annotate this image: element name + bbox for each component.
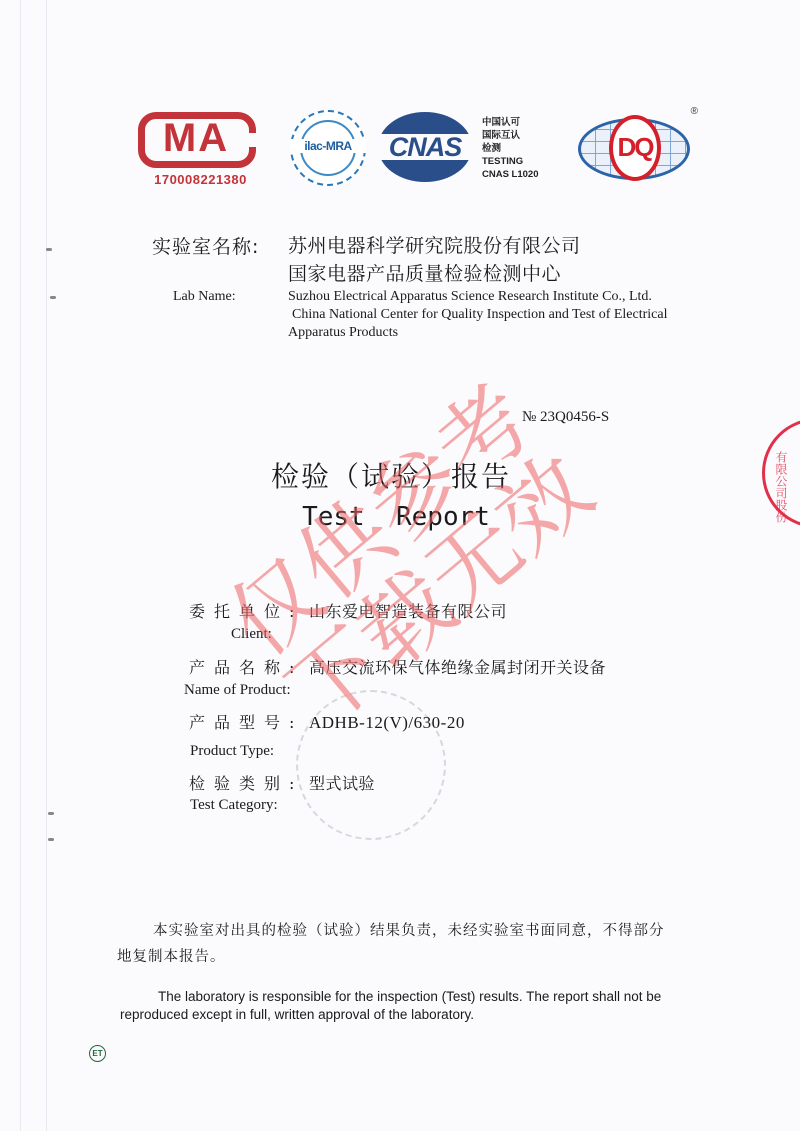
- scan-line: [46, 0, 47, 1131]
- product-name-row: 产品名称: 高压交流环保气体绝缘金属封闭开关设备: [189, 655, 606, 678]
- lab-name-en: Suzhou Electrical Apparatus Science Rese…: [288, 288, 667, 342]
- product-name-value: 高压交流环保气体绝缘金属封闭开关设备: [309, 658, 606, 677]
- ilac-mra-logo: ilac-MRA: [290, 110, 366, 186]
- cma-letters: MA: [146, 116, 246, 161]
- notice-cn: 本实验室对出具的检验（试验）结果负责，未经实验室书面同意，不得部分地复制本报告。: [117, 918, 677, 970]
- product-type-value: ADHB-12(V)/630-20: [309, 713, 465, 732]
- test-category-value: 型式试验: [309, 774, 375, 793]
- test-category-label-cn: 检验类别:: [189, 774, 303, 793]
- lab-name-en-line: China National Center for Quality Inspec…: [288, 306, 667, 324]
- cnas-info-line: CNAS L1020: [482, 168, 539, 181]
- report-title-cn: 检验（试验）报告: [0, 455, 800, 495]
- et-logo-icon: ET: [89, 1045, 106, 1062]
- cma-logo: MA 170008221380: [138, 112, 263, 192]
- client-label-cn: 委托单位:: [189, 602, 303, 621]
- lab-name-cn-line: 国家电器产品质量检验检测中心: [288, 260, 581, 288]
- cqc-glyph: DQ: [613, 132, 657, 163]
- product-name-label-cn: 产品名称:: [189, 658, 303, 677]
- client-value: 山东爱电智造装备有限公司: [309, 602, 507, 621]
- client-row: 委托单位: 山东爱电智造装备有限公司: [189, 599, 507, 622]
- punch-hole-mark: [46, 248, 52, 251]
- lab-name-cn-line: 苏州电器科学研究院股份有限公司: [288, 232, 581, 260]
- seal-text: 有限公司股份: [773, 451, 790, 523]
- report-number: № 23Q0456-S: [522, 409, 609, 426]
- report-title-en: Test Report: [0, 502, 800, 532]
- registered-mark-icon: ®: [691, 106, 698, 117]
- cnas-info-line: 国际互认: [482, 129, 539, 142]
- product-type-label-cn: 产品型号:: [189, 713, 303, 732]
- punch-hole-mark: [48, 838, 54, 841]
- cnas-text: CNAS: [378, 132, 472, 163]
- cnas-accreditation-info: 中国认可 国际互认 检测 TESTING CNAS L1020: [482, 116, 539, 181]
- lab-name-label-cn: 实验室名称:: [152, 232, 259, 259]
- lab-name-en-line: Apparatus Products: [288, 324, 667, 342]
- test-category-row: 检验类别: 型式试验: [189, 771, 375, 794]
- punch-hole-mark: [48, 812, 54, 815]
- cqc-emblem-icon: DQ: [609, 115, 661, 181]
- cqc-globe-logo: DQ ®: [578, 112, 698, 187]
- product-type-label-en: Product Type:: [190, 743, 274, 760]
- ilac-text: ilac-MRA: [290, 139, 366, 153]
- lab-name-label-en: Lab Name:: [173, 289, 236, 305]
- punch-hole-mark: [50, 296, 56, 299]
- cma-number: 170008221380: [138, 172, 263, 187]
- product-type-row: 产品型号: ADHB-12(V)/630-20: [189, 710, 465, 733]
- cnas-info-line: TESTING: [482, 155, 539, 168]
- product-name-label-en: Name of Product:: [184, 682, 291, 699]
- cnas-logo: CNAS: [378, 112, 472, 182]
- test-category-label-en: Test Category:: [190, 797, 278, 814]
- client-label-en: Client:: [231, 626, 272, 643]
- lab-name-cn: 苏州电器科学研究院股份有限公司 国家电器产品质量检验检测中心: [288, 232, 581, 288]
- cnas-info-line: 中国认可: [482, 116, 539, 129]
- scan-line: [20, 0, 21, 1131]
- notice-en: The laboratory is responsible for the in…: [120, 988, 700, 1024]
- lab-name-en-line: Suzhou Electrical Apparatus Science Rese…: [288, 288, 667, 306]
- cnas-info-line: 检测: [482, 142, 539, 155]
